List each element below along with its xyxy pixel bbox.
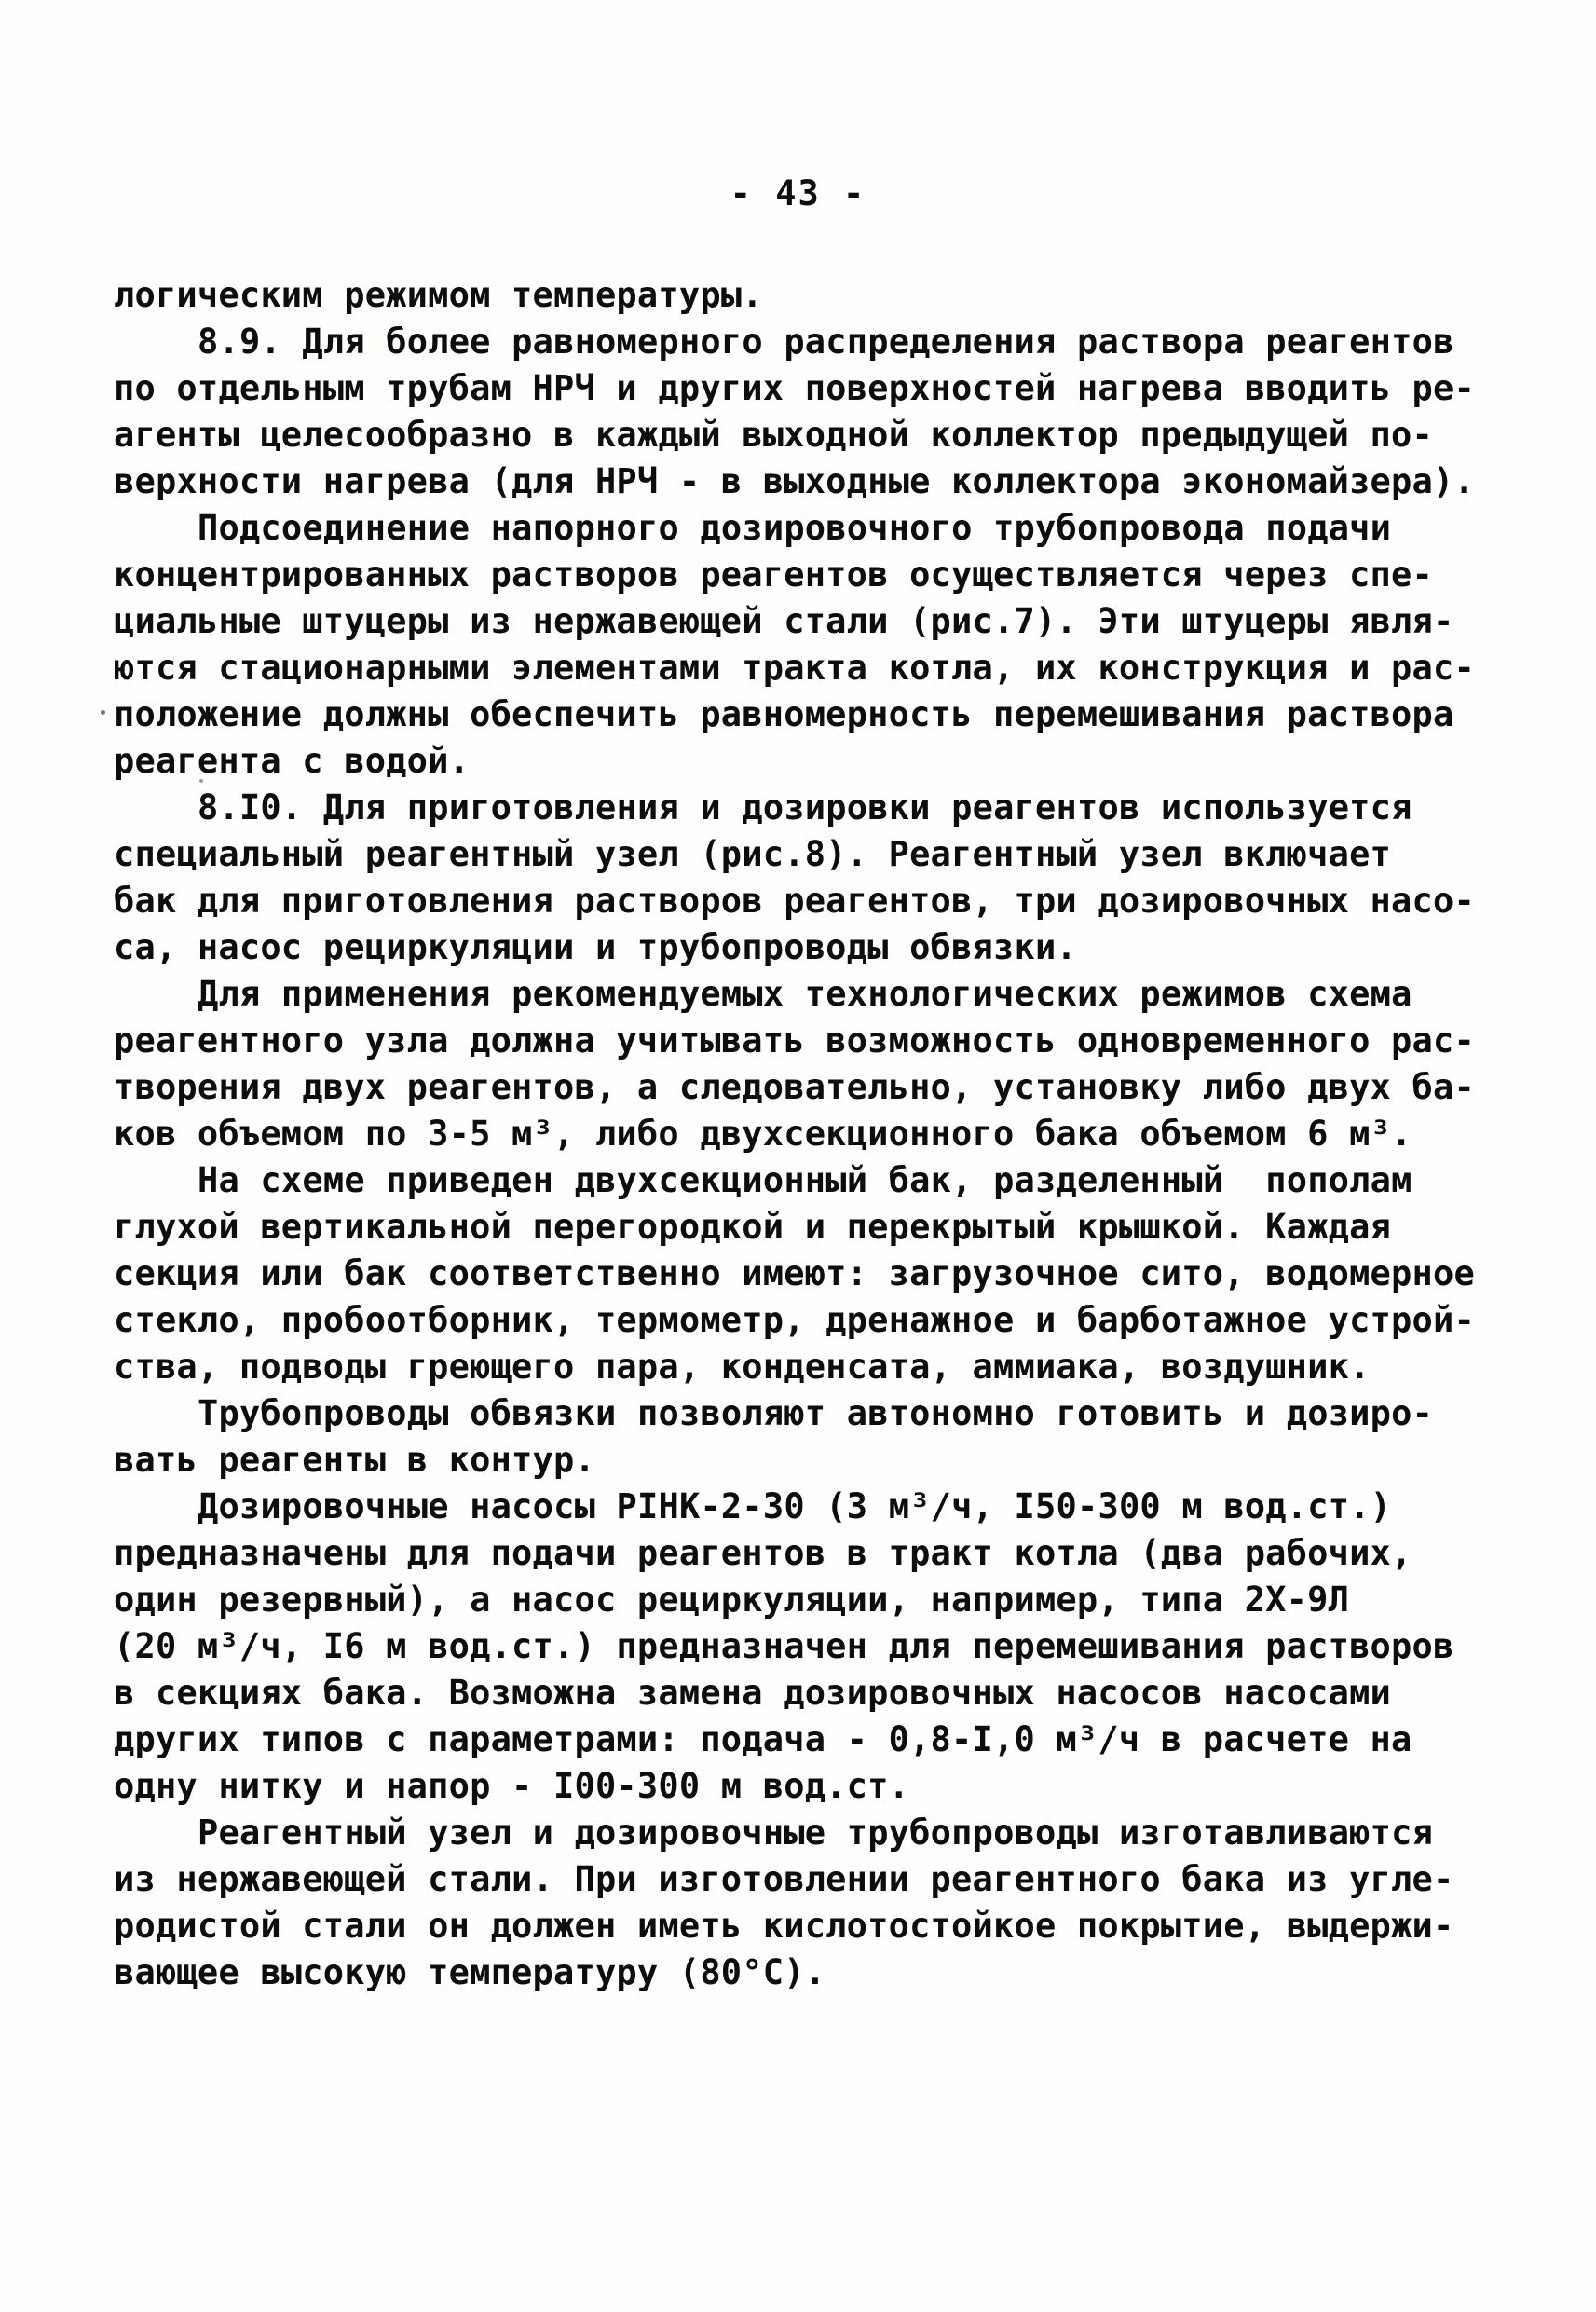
text-line: стекло, пробоотборник, термометр, дренаж…	[114, 1297, 1511, 1344]
text-line: в секциях бака. Возможна замена дозирово…	[114, 1670, 1511, 1717]
text-line: ков объемом по 3-5 м³, либо двухсекционн…	[114, 1111, 1511, 1157]
text-line: родистой стали он должен иметь кислотост…	[114, 1903, 1511, 1949]
text-line: циальные штуцеры из нержавеющей стали (р…	[114, 598, 1511, 645]
text-line: Трубопроводы обвязки позволяют автономно…	[114, 1390, 1511, 1437]
body-text: логическим режимом температуры.8.9. Для …	[114, 272, 1511, 1996]
text-line: Для применения рекомендуемых технологиче…	[114, 971, 1511, 1018]
scan-speck	[101, 710, 105, 715]
text-line: по отдельным трубам НРЧ и других поверхн…	[114, 365, 1511, 412]
text-line: ства, подводы греющего пара, конденсата,…	[114, 1344, 1511, 1390]
scan-speck	[199, 779, 203, 783]
text-line: са, насос рециркуляции и трубопроводы об…	[114, 924, 1511, 971]
document-page: - 43 - логическим режимом температуры.8.…	[0, 0, 1596, 2312]
text-line: верхности нагрева (для НРЧ - в выходные …	[114, 458, 1511, 505]
text-line: бак для приготовления растворов реагенто…	[114, 878, 1511, 924]
text-line: творения двух реагентов, а следовательно…	[114, 1064, 1511, 1111]
text-line: На схеме приведен двухсекционный бак, ра…	[114, 1157, 1511, 1204]
text-line: один резервный), а насос рециркуляции, н…	[114, 1577, 1511, 1623]
text-line: вающее высокую температуру (80°С).	[114, 1949, 1511, 1996]
text-line: секция или бак соответственно имеют: заг…	[114, 1251, 1511, 1297]
text-line: Дозировочные насосы РIНК-2-30 (3 м³/ч, I…	[114, 1484, 1511, 1530]
text-line: положение должны обеспечить равномерност…	[114, 691, 1511, 738]
text-line: 8.I0. Для приготовления и дозировки реаг…	[114, 785, 1511, 831]
text-line: других типов с параметрами: подача - 0,8…	[114, 1717, 1511, 1763]
text-line: вать реагенты в контур.	[114, 1437, 1511, 1484]
text-line: 8.9. Для более равномерного распределени…	[114, 319, 1511, 365]
text-line: специальный реагентный узел (рис.8). Реа…	[114, 831, 1511, 878]
text-line: предназначены для подачи реагентов в тра…	[114, 1530, 1511, 1577]
text-line: (20 м³/ч, I6 м вод.ст.) предназначен для…	[114, 1623, 1511, 1670]
text-line: концентрированных растворов реагентов ос…	[114, 552, 1511, 598]
text-line: реагента с водой.	[114, 738, 1511, 785]
text-line: логическим режимом температуры.	[114, 272, 1511, 319]
text-line: ются стационарными элементами тракта кот…	[114, 645, 1511, 691]
text-line: реагентного узла должна учитывать возмож…	[114, 1018, 1511, 1064]
text-line: одну нитку и напор - I00-300 м вод.ст.	[114, 1763, 1511, 1810]
text-line: глухой вертикальной перегородкой и перек…	[114, 1204, 1511, 1251]
text-line: Подсоединение напорного дозировочного тр…	[114, 505, 1511, 552]
text-line: агенты целесообразно в каждый выходной к…	[114, 412, 1511, 458]
page-number: - 43 -	[0, 173, 1596, 213]
text-line: из нержавеющей стали. При изготовлении р…	[114, 1856, 1511, 1903]
text-line: Реагентный узел и дозировочные трубопров…	[114, 1810, 1511, 1856]
